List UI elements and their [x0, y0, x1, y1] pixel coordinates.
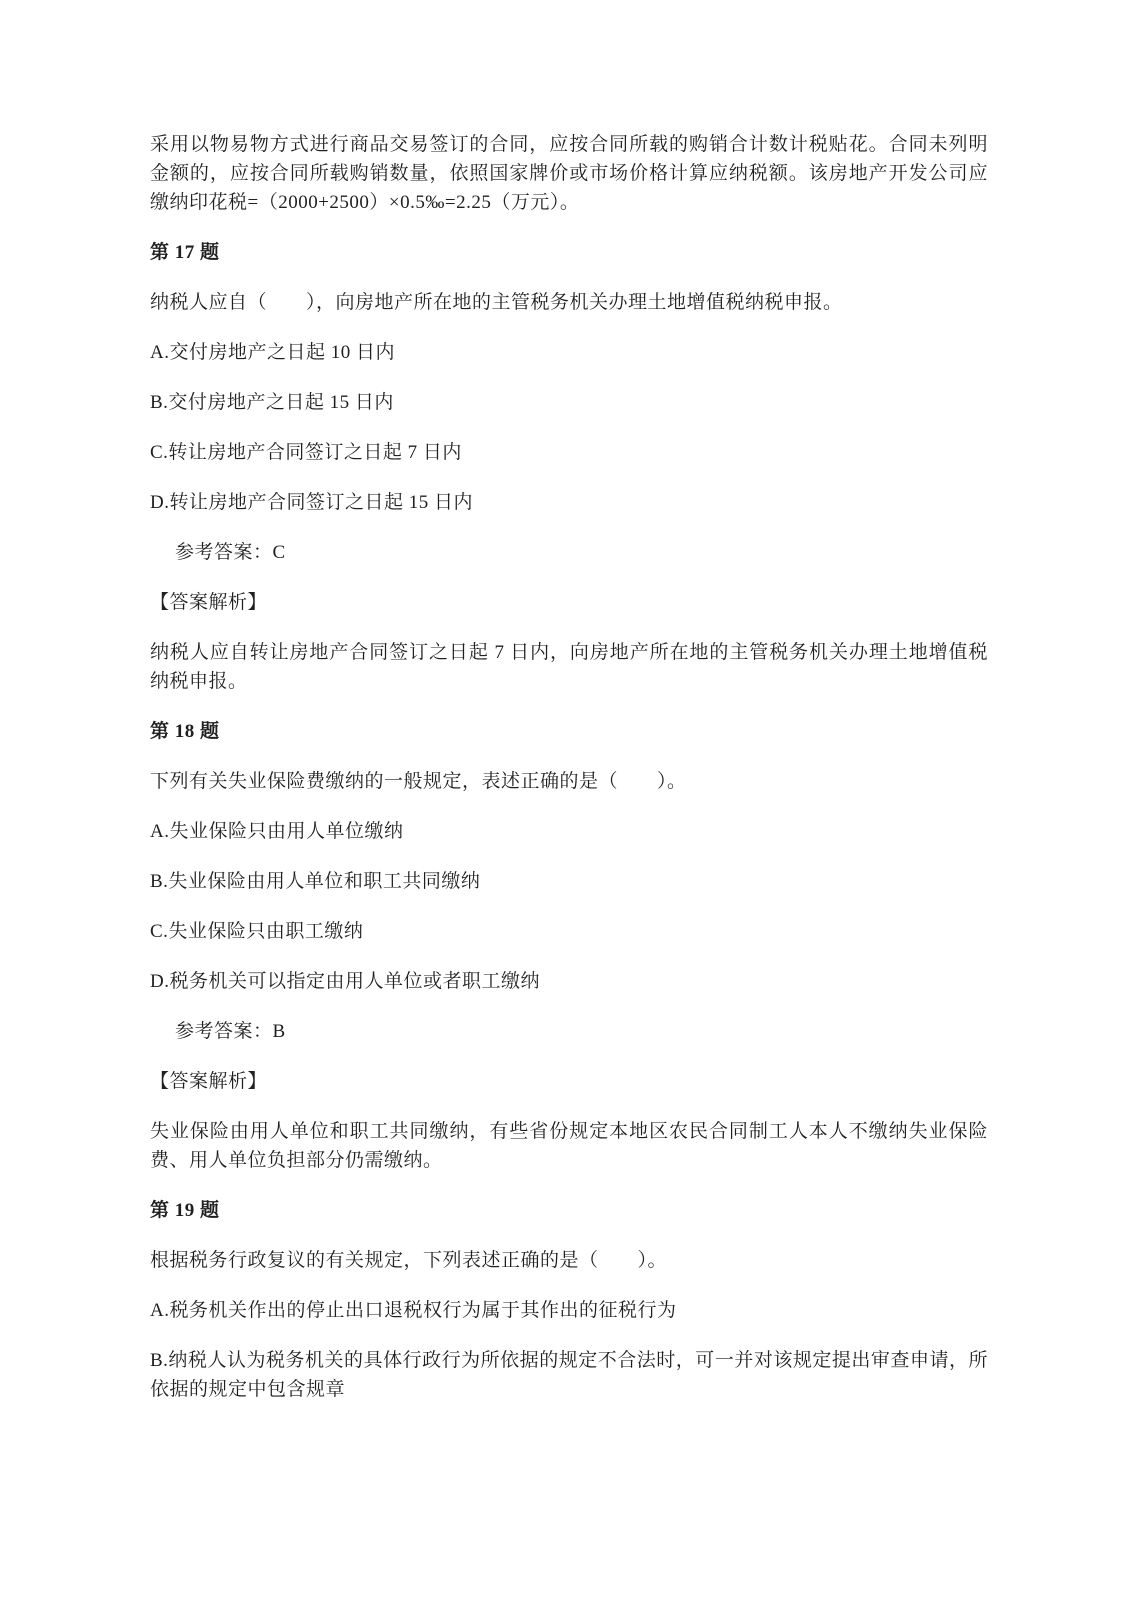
- question-17-option-b: B.交付房地产之日起 15 日内: [150, 388, 988, 417]
- intro-paragraph: 采用以物易物方式进行商品交易签订的合同，应按合同所载的购销合计数计税贴花。合同未…: [150, 130, 988, 217]
- question-18-analysis-header: 【答案解析】: [150, 1067, 988, 1096]
- question-17-reference-answer: 参考答案：C: [150, 538, 988, 567]
- question-19-number: 第 19 题: [150, 1196, 988, 1225]
- question-17-option-a: A.交付房地产之日起 10 日内: [150, 338, 988, 367]
- question-18-option-b: B.失业保险由用人单位和职工共同缴纳: [150, 867, 988, 896]
- question-17-option-d: D.转让房地产合同签订之日起 15 日内: [150, 488, 988, 517]
- question-19: 第 19 题 根据税务行政复议的有关规定，下列表述正确的是（ ）。 A.税务机关…: [150, 1196, 988, 1404]
- question-17-option-c: C.转让房地产合同签订之日起 7 日内: [150, 438, 988, 467]
- question-18-option-c: C.失业保险只由职工缴纳: [150, 917, 988, 946]
- question-17-number: 第 17 题: [150, 238, 988, 267]
- question-19-stem: 根据税务行政复议的有关规定，下列表述正确的是（ ）。: [150, 1246, 988, 1275]
- question-17-analysis-text: 纳税人应自转让房地产合同签订之日起 7 日内，向房地产所在地的主管税务机关办理土…: [150, 638, 988, 696]
- question-18-option-d: D.税务机关可以指定由用人单位或者职工缴纳: [150, 967, 988, 996]
- question-19-option-b: B.纳税人认为税务机关的具体行政行为所依据的规定不合法时，可一并对该规定提出审查…: [150, 1346, 988, 1404]
- document-content: 采用以物易物方式进行商品交易签订的合同，应按合同所载的购销合计数计税贴花。合同未…: [0, 0, 1131, 1404]
- document-page: 采用以物易物方式进行商品交易签订的合同，应按合同所载的购销合计数计税贴花。合同未…: [0, 0, 1131, 1600]
- question-18-stem: 下列有关失业保险费缴纳的一般规定，表述正确的是（ ）。: [150, 767, 988, 796]
- question-18: 第 18 题 下列有关失业保险费缴纳的一般规定，表述正确的是（ ）。 A.失业保…: [150, 717, 988, 1175]
- question-17: 第 17 题 纳税人应自（ ），向房地产所在地的主管税务机关办理土地增值税纳税申…: [150, 238, 988, 696]
- question-18-number: 第 18 题: [150, 717, 988, 746]
- question-17-stem: 纳税人应自（ ），向房地产所在地的主管税务机关办理土地增值税纳税申报。: [150, 288, 988, 317]
- question-17-analysis-header: 【答案解析】: [150, 588, 988, 617]
- question-18-option-a: A.失业保险只由用人单位缴纳: [150, 817, 988, 846]
- question-19-option-a: A.税务机关作出的停止出口退税权行为属于其作出的征税行为: [150, 1296, 988, 1325]
- question-18-reference-answer: 参考答案：B: [150, 1017, 988, 1046]
- question-18-analysis-text: 失业保险由用人单位和职工共同缴纳，有些省份规定本地区农民合同制工人本人不缴纳失业…: [150, 1117, 988, 1175]
